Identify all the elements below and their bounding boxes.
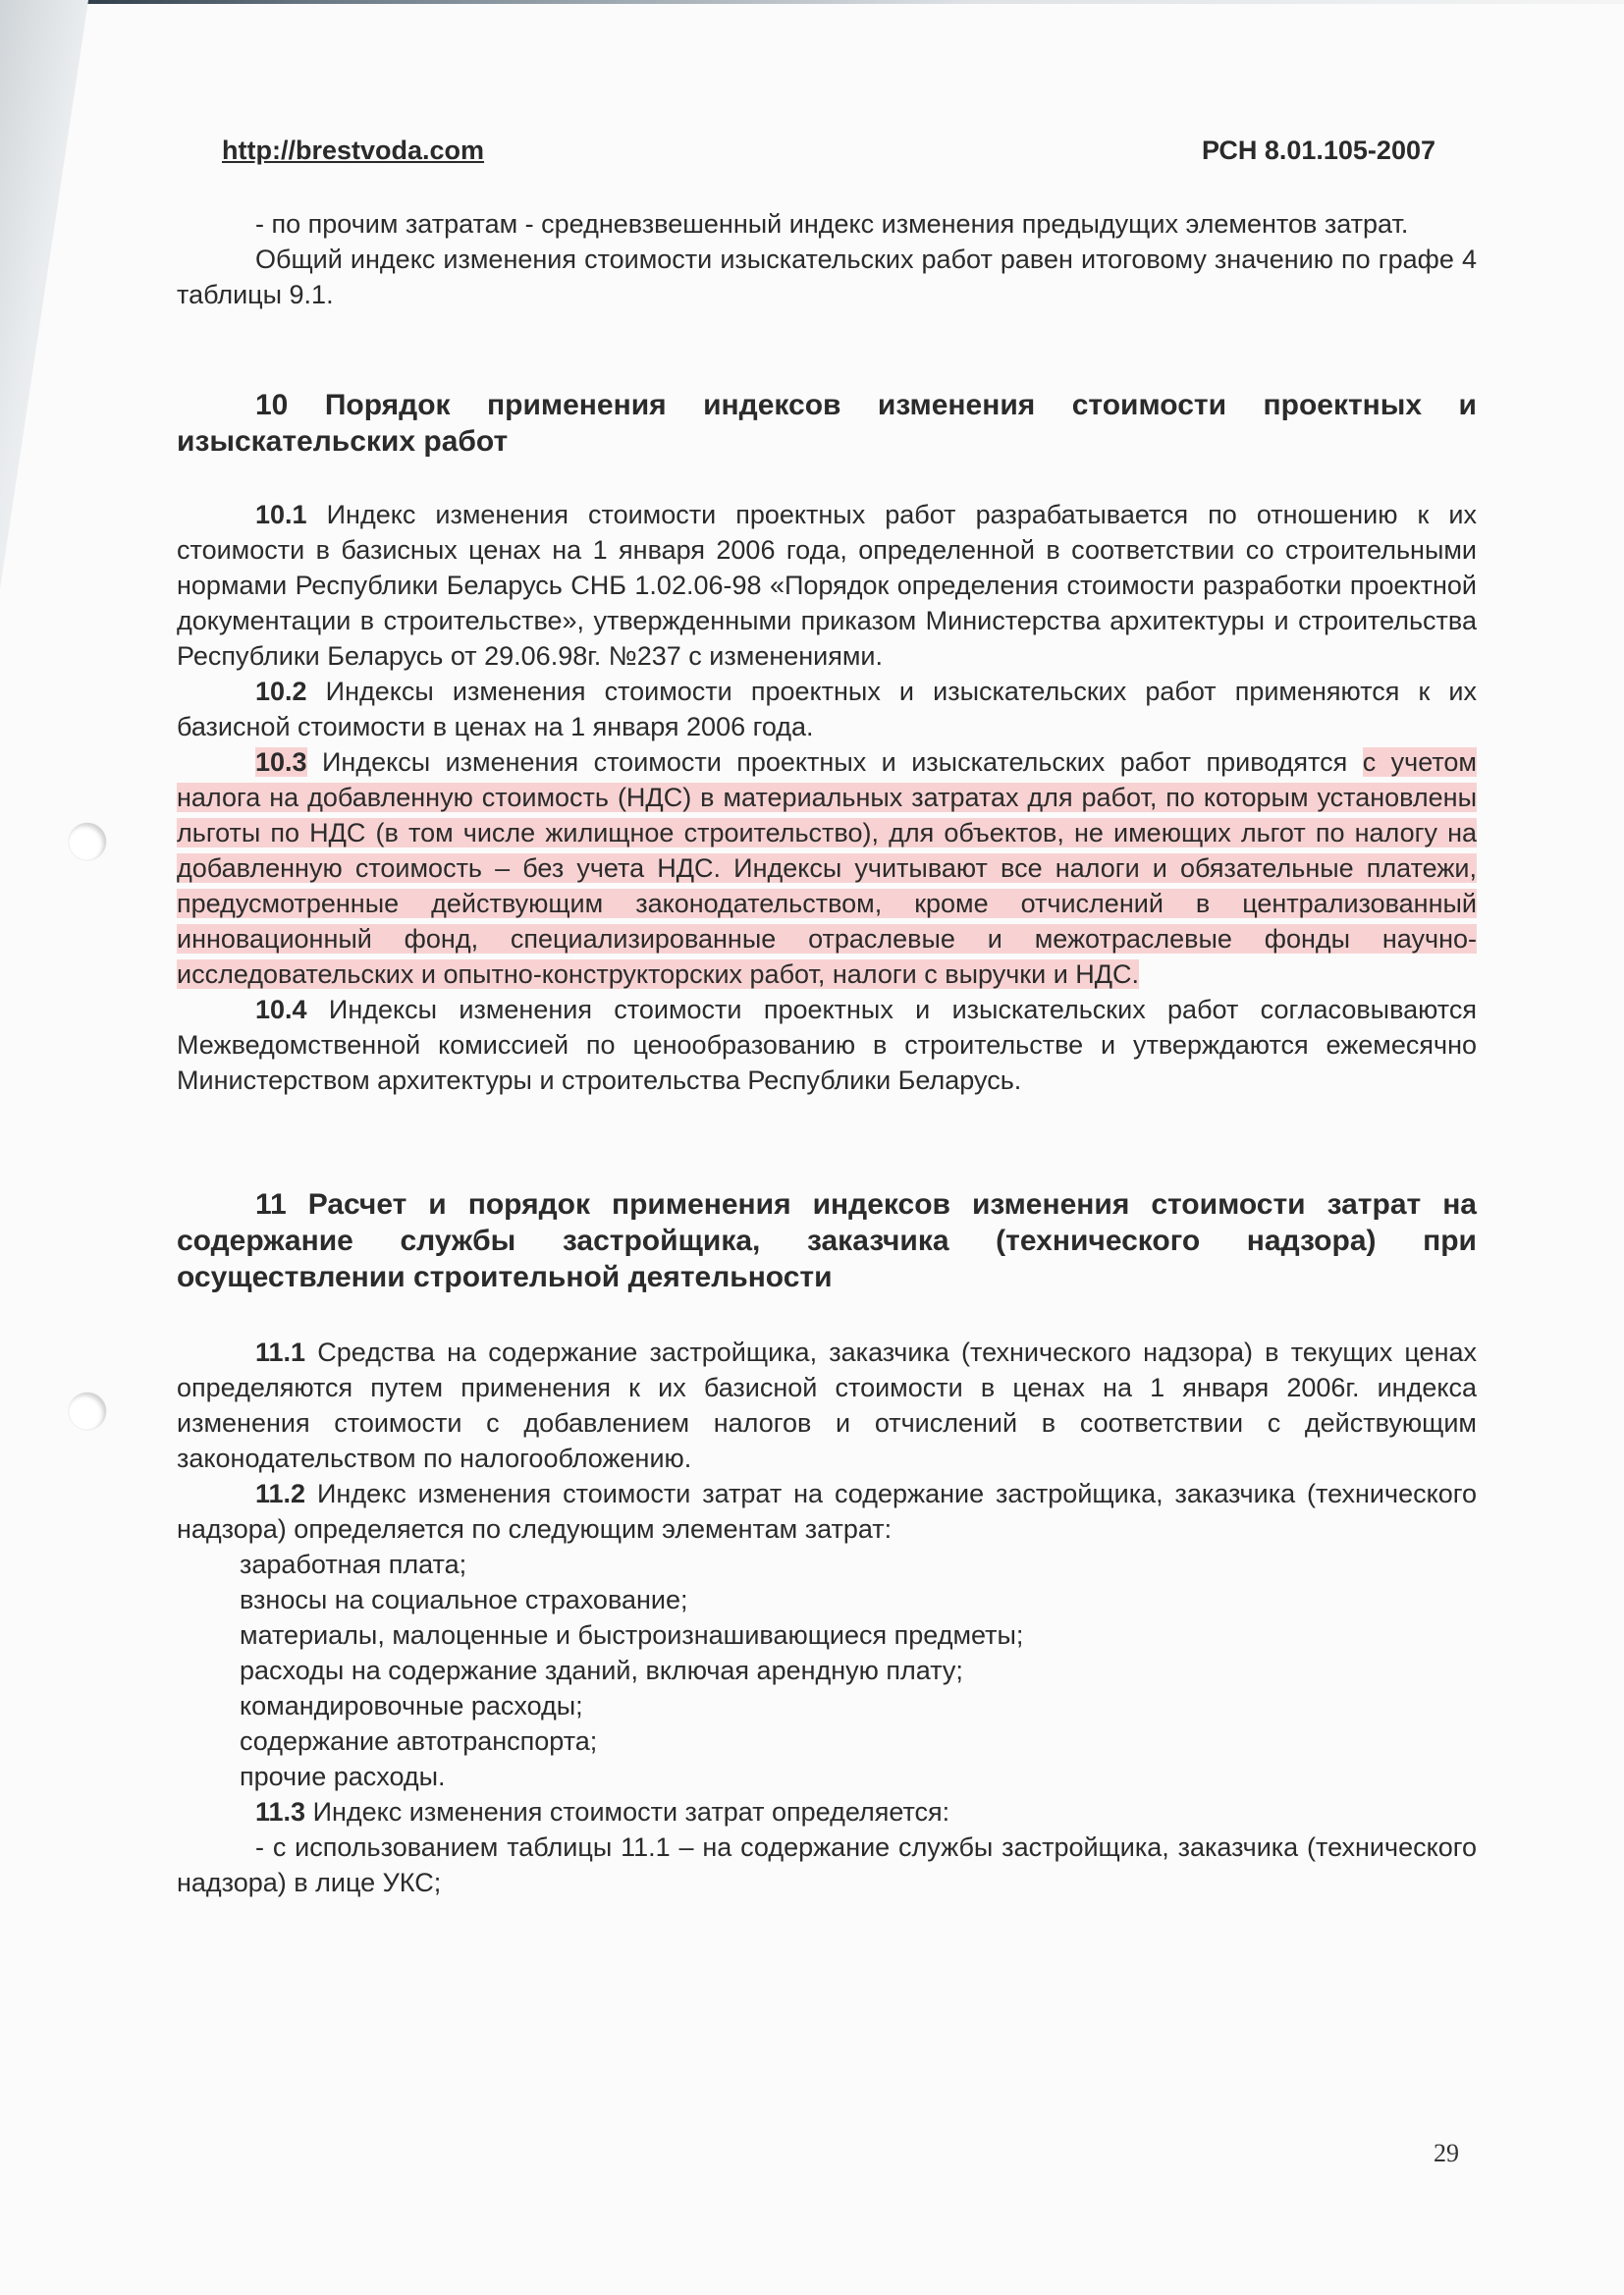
punch-hole-icon bbox=[69, 1393, 106, 1430]
page-header: http://brestvoda.com РСН 8.01.105-2007 bbox=[222, 136, 1435, 175]
highlighted-text: с учетом налога на добавленную стоимость… bbox=[177, 747, 1477, 989]
section-10-title: 10 Порядок применения индексов изменения… bbox=[177, 387, 1477, 460]
paragraph-number: 10.3 bbox=[255, 747, 307, 777]
paragraph-number: 11.3 bbox=[255, 1797, 305, 1827]
paragraph-text: Индексы изменения стоимости проектных и … bbox=[322, 747, 1363, 777]
list-item: расходы на содержание зданий, включая ар… bbox=[177, 1653, 1477, 1688]
paragraph-number: 11.1 bbox=[255, 1338, 305, 1367]
document-code: РСН 8.01.105-2007 bbox=[1202, 136, 1435, 166]
paragraph-11-1: 11.1 Средства на содержание застройщика,… bbox=[177, 1335, 1477, 1476]
paragraph-11-3-item: - с использованием таблицы 11.1 – на сод… bbox=[177, 1830, 1477, 1900]
paragraph-number: 11.2 bbox=[255, 1479, 305, 1508]
paragraph-number: 10.2 bbox=[255, 677, 307, 706]
cost-elements-list: заработная плата; взносы на социальное с… bbox=[177, 1547, 1477, 1794]
paragraph-11-2: 11.2 Индекс изменения стоимости затрат н… bbox=[177, 1476, 1477, 1547]
list-item: взносы на социальное страхование; bbox=[177, 1582, 1477, 1617]
paragraph-10-4: 10.4 Индексы изменения стоимости проектн… bbox=[177, 992, 1477, 1098]
scan-top-edge bbox=[0, 0, 1624, 4]
paragraph-number: 10.1 bbox=[255, 500, 307, 529]
paragraph-text: Индексы изменения стоимости проектных и … bbox=[177, 677, 1477, 741]
document-body: - по прочим затратам - средневзвешенный … bbox=[177, 206, 1477, 1900]
paragraph-text: Индекс изменения стоимости затрат опреде… bbox=[313, 1797, 950, 1827]
paragraph-10-2: 10.2 Индексы изменения стоимости проектн… bbox=[177, 674, 1477, 744]
paragraph-number: 10.4 bbox=[255, 995, 307, 1024]
header-url-link[interactable]: http://brestvoda.com bbox=[222, 136, 484, 166]
section-11-title: 11 Расчет и порядок применения индексов … bbox=[177, 1186, 1477, 1295]
list-item: прочие расходы. bbox=[177, 1759, 1477, 1794]
list-item: командировочные расходы; bbox=[177, 1688, 1477, 1723]
paragraph-text: Индексы изменения стоимости проектных и … bbox=[177, 995, 1477, 1095]
paragraph-11-3: 11.3 Индекс изменения стоимости затрат о… bbox=[177, 1794, 1477, 1830]
punch-hole-icon bbox=[69, 823, 106, 860]
page-curl-shadow bbox=[0, 0, 88, 589]
intro-line-1: - по прочим затратам - средневзвешенный … bbox=[177, 206, 1477, 242]
paragraph-text: Индекс изменения стоимости проектных раб… bbox=[177, 500, 1477, 671]
paragraph-10-1: 10.1 Индекс изменения стоимости проектны… bbox=[177, 497, 1477, 674]
list-item: содержание автотранспорта; bbox=[177, 1723, 1477, 1759]
paragraph-text: Средства на содержание застройщика, зака… bbox=[177, 1338, 1477, 1473]
intro-line-2: Общий индекс изменения стоимости изыскат… bbox=[177, 242, 1477, 312]
list-item: заработная плата; bbox=[177, 1547, 1477, 1582]
page-number: 29 bbox=[1434, 2139, 1459, 2168]
paragraph-10-3: 10.3 Индексы изменения стоимости проектн… bbox=[177, 744, 1477, 992]
list-item: материалы, малоценные и быстроизнашивающ… bbox=[177, 1617, 1477, 1653]
paragraph-text: Индекс изменения стоимости затрат на сод… bbox=[177, 1479, 1477, 1544]
